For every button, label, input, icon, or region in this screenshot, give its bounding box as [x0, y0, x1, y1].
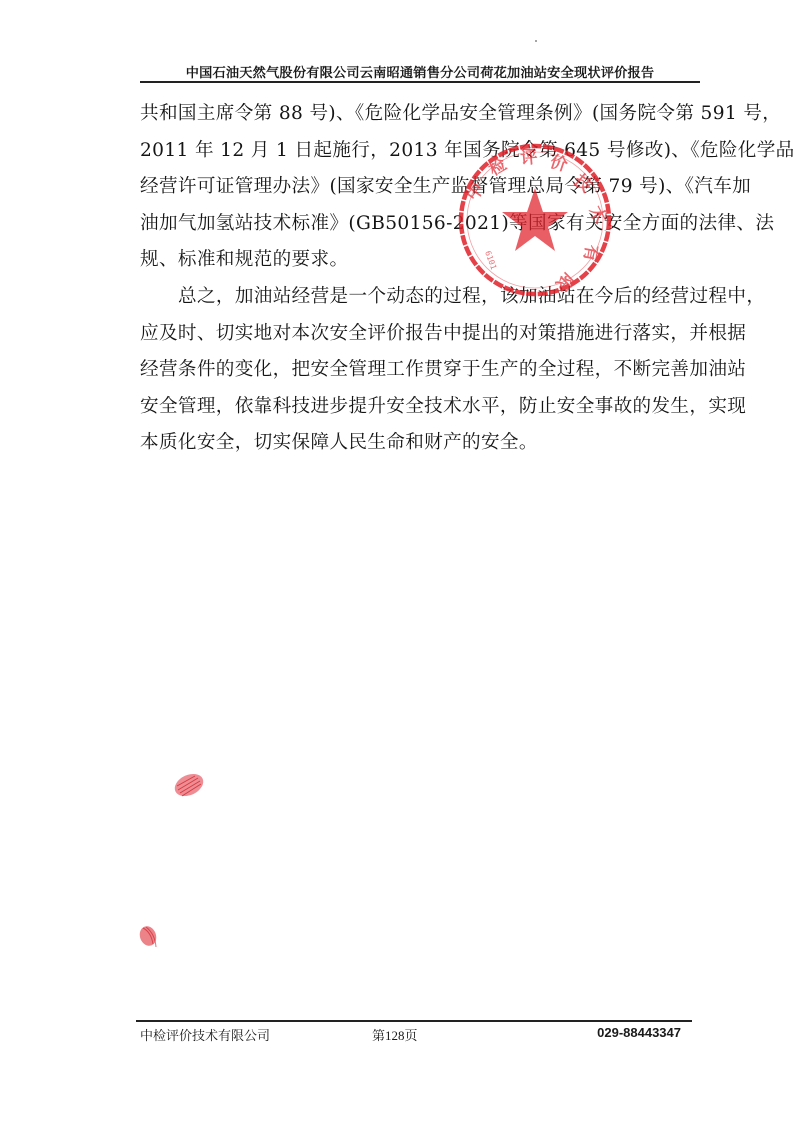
paragraph-line: 规、标准和规范的要求。	[140, 242, 702, 279]
footer-divider	[136, 1020, 692, 1022]
footer-phone: 029-88443347	[597, 1025, 681, 1040]
paragraph-line: 共和国主席令第 88 号)、《危险化学品安全管理条例》(国务院令第 591 号，	[140, 96, 702, 133]
body-text: 共和国主席令第 88 号)、《危险化学品安全管理条例》(国务院令第 591 号，…	[140, 96, 702, 462]
paragraph-line: 油加气加氢站技术标准》(GB50156-2021)等国家有关安全方面的法律、法	[140, 206, 702, 243]
paragraph-line: 本质化安全，切实保障人民生命和财产的安全。	[140, 425, 702, 462]
header-divider	[140, 81, 700, 83]
report-header-title: 中国石油天然气股份有限公司云南昭通销售分公司荷花加油站安全现状评价报告	[140, 62, 700, 81]
paragraph-line: 安全管理，依靠科技进步提升安全技术水平，防止安全事故的发生，实现	[140, 389, 702, 426]
paragraph-line: 经营条件的变化，把安全管理工作贯穿于生产的全过程，不断完善加油站	[140, 352, 702, 389]
paragraph-line-indented: 总之，加油站经营是一个动态的过程，该加油站在今后的经营过程中，	[140, 279, 702, 316]
paragraph-line: 经营许可证管理办法》(国家安全生产监督管理总局令第 79 号)、《汽车加	[140, 169, 702, 206]
footer-company: 中检评价技术有限公司	[140, 1025, 270, 1044]
paragraph-line: 2011 年 12 月 1 日起施行，2013 年国务院令第 645 号修改)、…	[140, 133, 702, 170]
red-smudge-mark-icon	[135, 922, 163, 954]
page-footer: 中检评价技术有限公司 第128页 029-88443347	[136, 1025, 681, 1047]
red-smudge-mark-icon	[168, 768, 210, 802]
paragraph-line: 应及时、切实地对本次安全评价报告中提出的对策措施进行落实，并根据	[140, 316, 702, 353]
scan-speck	[535, 40, 537, 42]
footer-page-number: 第128页	[372, 1025, 418, 1044]
